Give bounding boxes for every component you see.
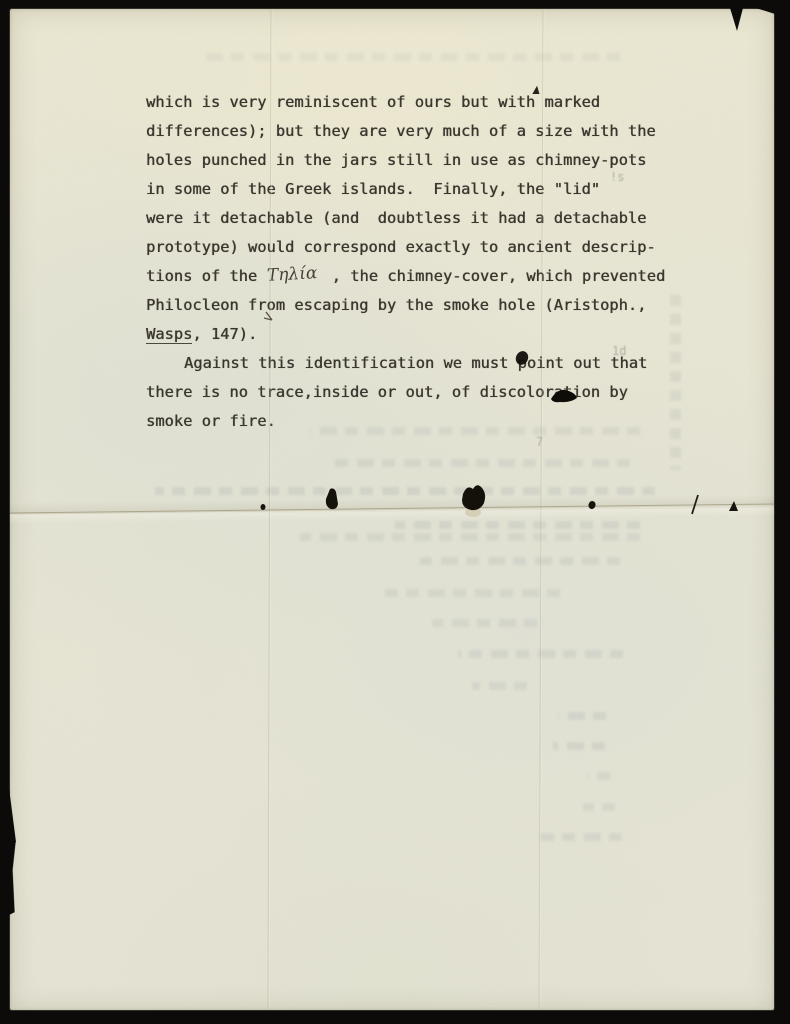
citation-rest: , 147).	[192, 325, 257, 343]
typed-text-block: which is very reminiscent of ours but wi…	[146, 88, 746, 436]
faint-mark-after-lid: !s	[610, 171, 624, 183]
typed-line: differences); but they are very much of …	[146, 117, 746, 146]
scanned-document: which is very reminiscent of ours but wi…	[0, 0, 790, 1024]
typed-line: prototype) would correspond exactly to a…	[146, 233, 746, 262]
handwritten-greek-word: Τηλία	[266, 259, 318, 291]
typed-line: holes punched in the jars still in use a…	[146, 146, 746, 175]
typed-line: Philocleon from escaping by the smoke ho…	[146, 291, 746, 320]
faint-mark-right-margin: 1d	[612, 345, 626, 357]
typed-line: were it detachable (and doubtless it had…	[146, 204, 746, 233]
faint-numeral-mark: 7	[536, 436, 543, 448]
typed-line: there is no trace,inside or out, of disc…	[146, 378, 746, 407]
typed-line: in some of the Greek islands. Finally, t…	[146, 175, 746, 204]
line-post-text: , the chimney-cover, which prevented	[332, 267, 666, 285]
typed-line-citation: Wasps, 147).	[146, 320, 746, 349]
typed-line-with-greek: tions of theΤηλία, the chimney-cover, wh…	[146, 262, 746, 291]
typed-line: Against this identification we must poin…	[146, 349, 746, 378]
typed-line: which is very reminiscent of ours but wi…	[146, 88, 746, 117]
typed-line: smoke or fire.	[146, 407, 746, 436]
line-pre-text: tions of the	[146, 267, 257, 285]
underlined-title: Wasps	[146, 325, 192, 344]
